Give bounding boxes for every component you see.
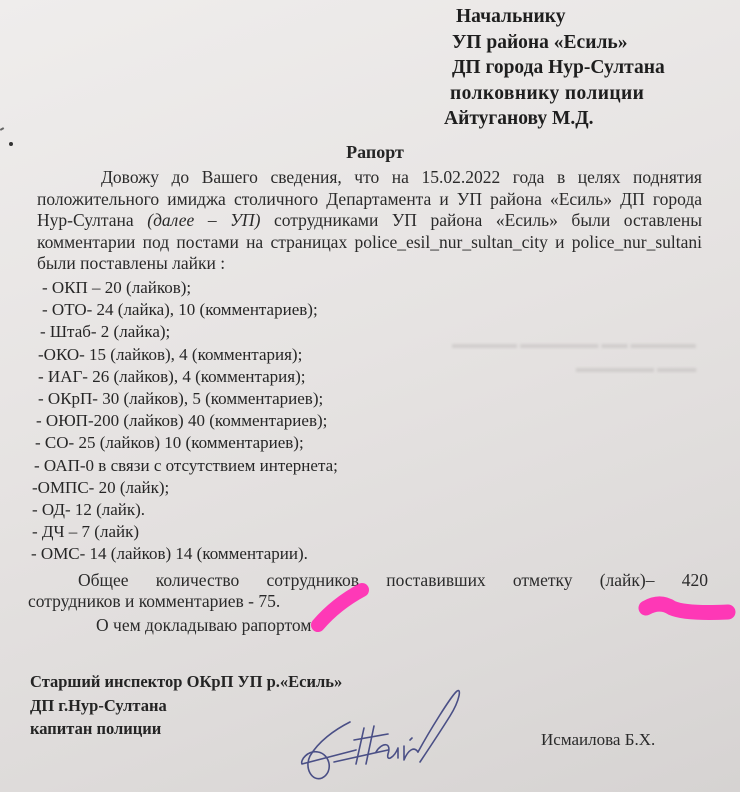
margin-mark [0, 127, 4, 131]
list-item: - Штаб- 2 (лайка); [40, 321, 338, 343]
addressee-line: УП района «Есиль» [452, 30, 665, 56]
summary-word: количество [156, 570, 240, 591]
list-item: - ОАП-0 в связи с отсутствием интернета; [34, 455, 338, 477]
summary-line: Общее количество сотрудников поставивших… [28, 570, 708, 591]
addressee-line: полковнику полиции [450, 81, 665, 107]
list-item: - ОКрП- 30 (лайков), 5 (комментариев); [38, 388, 338, 410]
list-item: -ОКО- 15 (лайков), 4 (комментария); [38, 344, 338, 366]
list-item: - ОТО- 24 (лайка), 10 (комментариев); [42, 299, 338, 321]
summary-word: Общее [78, 570, 129, 591]
department-list: - ОКП – 20 (лайков); - ОТО- 24 (лайка), … [38, 277, 338, 566]
document-page: ▬▬▬▬▬ ▬▬▬▬▬▬ ▬▬ ▬▬▬▬▬ ▬▬▬▬▬▬ ▬▬▬ Начальн… [0, 0, 740, 792]
summary-paragraph: Общее количество сотрудников поставивших… [28, 570, 708, 636]
addressee-line: ДП города Нур-Султана [452, 55, 665, 81]
bleed-through-text: ▬▬▬▬▬▬ ▬▬▬ [576, 360, 696, 376]
list-item: - ОМС- 14 (лайков) 14 (комментарии). [31, 543, 338, 565]
intro-abbrev: (далее – УП) [147, 210, 260, 230]
closing-line: О чем докладываю рапортом [28, 615, 708, 636]
list-item: - ОЮП-200 (лайков) 40 (комментариев); [36, 410, 338, 432]
list-item: - ИАГ- 26 (лайков), 4 (комментария); [38, 366, 338, 388]
bleed-through-text: ▬▬▬▬▬ ▬▬▬▬▬▬ ▬▬ ▬▬▬▬▬ [452, 336, 696, 352]
intro-paragraph: Довожу до Вашего сведения, что на 15.02.… [37, 167, 702, 275]
summary-word: поставивших [386, 570, 485, 591]
summary-word: сотрудников [266, 570, 359, 591]
total-likes-value: 420 [682, 570, 708, 591]
addressee-line: Айтуганову М.Д. [444, 106, 665, 132]
addressee-block: Начальнику УП района «Есиль» ДП города Н… [452, 4, 665, 132]
summary-word: (лайк)– [600, 570, 655, 591]
list-item: -ОМПС- 20 (лайк); [32, 477, 338, 499]
addressee-line: Начальнику [456, 4, 665, 30]
list-item: - ОКП – 20 (лайков); [42, 277, 338, 299]
handwritten-signature [290, 680, 480, 790]
list-item: - ДЧ – 7 (лайк) [32, 521, 338, 543]
summary-line: сотрудников и комментариев - 75. [28, 591, 708, 612]
list-item: - СО- 25 (лайков) 10 (комментариев); [35, 432, 338, 454]
document-title: Рапорт [0, 142, 740, 163]
list-item: - ОД- 12 (лайк). [32, 499, 338, 521]
signer-name: Исмаилова Б.Х. [541, 730, 655, 750]
summary-word: отметку [513, 570, 573, 591]
